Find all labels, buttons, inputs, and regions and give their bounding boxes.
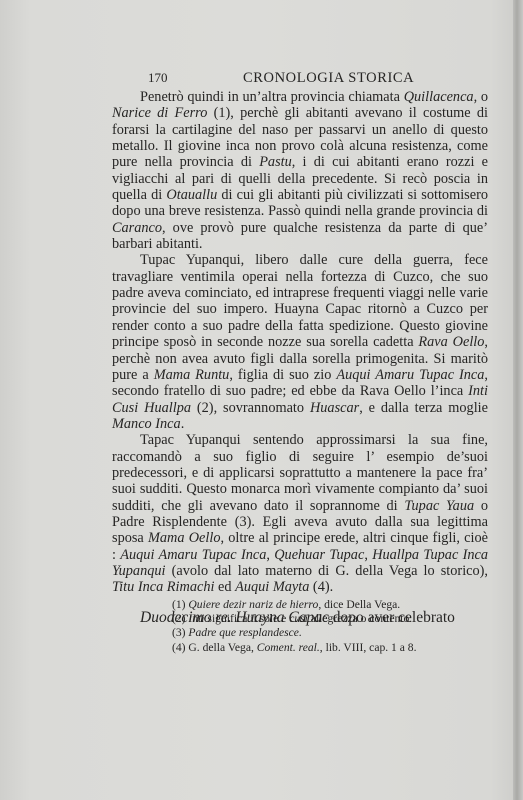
- body-text: Penetrò quindi in un’altra provincia chi…: [112, 89, 488, 626]
- text-run: (3): [172, 626, 188, 639]
- italic-text: Quehuar Tupac: [274, 547, 364, 563]
- text-run: significa il sole e: [205, 612, 290, 625]
- text-run: , e dalla terza moglie: [359, 400, 488, 416]
- text-run: (avolo dal lato materno di G. della Vega…: [166, 563, 488, 579]
- italic-text: Mama Oello: [148, 530, 221, 546]
- text-run: (1): [172, 598, 188, 611]
- italic-text: Manco Inca: [112, 416, 181, 432]
- paragraph: Tapac Yupanqui sentendo approssimarsi la…: [112, 432, 488, 595]
- italic-text: Narice di Ferro: [112, 105, 207, 121]
- text-run: .: [181, 416, 185, 432]
- italic-text: Quiere dezir nariz de hierro: [188, 598, 318, 611]
- italic-text: Padre que resplandesce.: [188, 626, 301, 639]
- text-run: , ove provò pure qualche resistenza da p…: [112, 220, 488, 252]
- text-run: allegrezza o contento.: [308, 612, 412, 625]
- italic-text: Tupac Yaua: [404, 498, 474, 514]
- italic-text: Caranco: [112, 220, 162, 236]
- italic-text: Auqui Mayta: [235, 579, 309, 595]
- footnote: (3) Padre que resplandesce.: [172, 626, 488, 640]
- book-page: 170 CRONOLOGIA STORICA Penetrò quindi in…: [0, 0, 513, 800]
- text-run: (2): [172, 612, 188, 625]
- footnotes: (1) Quiere dezir nariz de hierro, dice D…: [172, 598, 488, 655]
- paragraph: Penetrò quindi in un’altra provincia chi…: [112, 89, 488, 252]
- paragraph: Tupac Yupanqui, libero dalle cure della …: [112, 252, 488, 432]
- italic-text: Quillacenca: [404, 89, 474, 105]
- italic-text: Mama Runtu: [154, 367, 230, 383]
- text-run: Penetrò quindi in un’altra provincia chi…: [140, 89, 404, 105]
- footnote: (4) G. della Vega, Coment. real., lib. V…: [172, 641, 488, 655]
- text-run: , lib. VIII, cap. 1 a 8.: [320, 641, 417, 654]
- italic-text: Auqui Amaru Tupac Inca: [336, 367, 484, 383]
- footnote: (1) Quiere dezir nariz de hierro, dice D…: [172, 598, 488, 612]
- italic-text: Titu Inca Rimachi: [112, 579, 214, 595]
- running-title: CRONOLOGIA STORICA: [243, 70, 414, 87]
- text-run: , o: [474, 89, 488, 105]
- italic-text: Huascar: [310, 400, 359, 416]
- text-run: (4) G. della Vega,: [172, 641, 257, 654]
- text-run: (4).: [309, 579, 333, 595]
- text-run: ed: [214, 579, 235, 595]
- italic-text: Rava Oello: [418, 334, 484, 350]
- footnote: (2) Inti significa il sole e cusi allegr…: [172, 612, 488, 626]
- page-edge-shadow: [513, 0, 523, 800]
- italic-text: Otauallu: [166, 187, 217, 203]
- italic-text: Coment. real.: [257, 641, 320, 654]
- italic-text: Pastu: [259, 154, 292, 170]
- italic-text: Auqui Amaru Tupac Inca: [120, 547, 266, 563]
- page-header: 170 CRONOLOGIA STORICA: [148, 70, 488, 88]
- page-number: 170: [148, 70, 168, 86]
- italic-text: cusi: [289, 612, 308, 625]
- text-run: , dice Della Vega.: [318, 598, 400, 611]
- text-run: ,: [364, 547, 372, 563]
- text-run: (2), sovrannomato: [191, 400, 310, 416]
- italic-text: Inti: [188, 612, 204, 625]
- text-run: , figlia di suo zio: [229, 367, 336, 383]
